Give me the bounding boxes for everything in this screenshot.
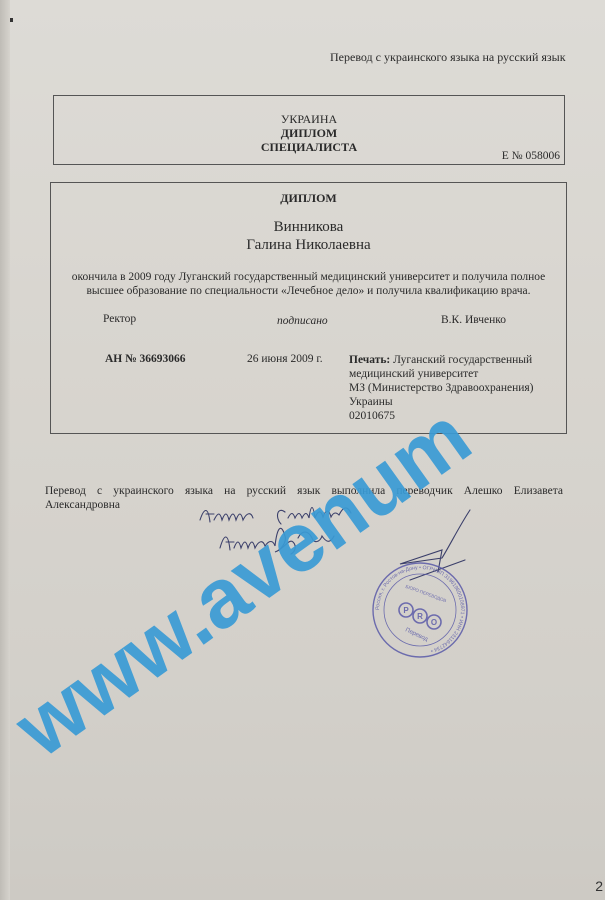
diploma-body-box: ДИПЛОМ Винникова Галина Николаевна оконч… [50, 182, 567, 434]
translator-line2: Александровна [45, 499, 120, 511]
seal-block: Печать: Луганский государственный медици… [349, 353, 534, 423]
diploma-text-line1: окончила в 2009 году Луганский государст… [51, 270, 566, 284]
diploma-serial: АН № 36693066 [105, 353, 186, 365]
svg-text:R: R [417, 612, 423, 621]
seal-line: Луганский государственный [393, 354, 532, 366]
page-mark [10, 18, 13, 22]
translation-note: Перевод с украинского языка на русский я… [330, 50, 566, 65]
page-edge [0, 0, 10, 900]
signed-label: подписано [277, 315, 328, 327]
seal-line: 02010675 [349, 409, 534, 423]
seal-line: Украины [349, 395, 534, 409]
translation-bureau-stamp: Россия, г. Ростов-на-Дону • ОГРНИП 31961… [370, 560, 470, 660]
rector-label: Ректор [103, 313, 136, 325]
surname: Винникова [51, 219, 566, 236]
diploma-number: Е № 058006 [502, 150, 560, 162]
given-names: Галина Николаевна [51, 237, 566, 254]
country: УКРАИНА [54, 112, 564, 127]
svg-text:P: P [403, 606, 409, 615]
diploma-title-line1: ДИПЛОМ [54, 126, 564, 141]
seal-line: медицинский университет [349, 367, 534, 381]
page-number: 2 [595, 878, 603, 894]
svg-text:O: O [431, 618, 437, 627]
seal-label: Печать: [349, 354, 390, 366]
diploma-title-line2: СПЕЦИАЛИСТА [54, 140, 564, 155]
rector-name: В.К. Ивченко [441, 314, 506, 326]
diploma-text: окончила в 2009 году Луганский государст… [51, 270, 566, 298]
diploma-body-title: ДИПЛОМ [51, 191, 566, 206]
stamp-logo-sub: Перевод [404, 627, 429, 643]
stamp-bureau-text: БЮРО ПЕРЕВОДОВ [405, 584, 447, 603]
diploma-header-box: УКРАИНА ДИПЛОМ СПЕЦИАЛИСТА Е № 058006 [53, 95, 565, 165]
diploma-text-line2: высшее образование по специальности «Леч… [51, 284, 566, 298]
issue-date: 26 июня 2009 г. [247, 353, 323, 365]
seal-line: МЗ (Министерство Здравоохранения) [349, 381, 534, 395]
